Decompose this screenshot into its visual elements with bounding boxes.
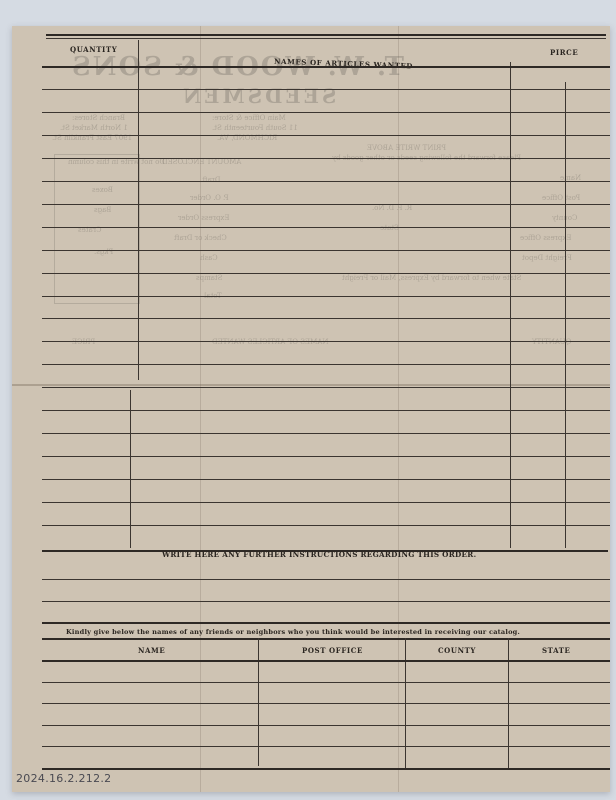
referrals-top-rule (42, 622, 610, 624)
order-table-row[interactable] (42, 387, 610, 388)
header-state: STATE (542, 646, 570, 655)
instructions-line-2[interactable] (42, 601, 610, 602)
header-quantity: QUANTITY (70, 45, 117, 54)
ghost-branch-1: 1 North Market St. (60, 124, 128, 132)
ghost-amount-enclosed: AMOUNT ENCLOSED (162, 158, 241, 166)
order-table-row[interactable] (42, 89, 610, 90)
referrals-prompt: Kindly give below the names of any frien… (66, 628, 520, 636)
vertical-fold (200, 26, 201, 792)
top-double-rule (46, 34, 606, 36)
referral-table-row[interactable] (42, 746, 610, 747)
referral-table-row[interactable] (42, 660, 610, 662)
order-table-row[interactable] (42, 112, 610, 113)
ghost-print-write: PRINT WRITE ABOVE (367, 144, 446, 152)
ghost-ship-field: Express Office (520, 234, 571, 242)
ghost-payment-row: Stamps (196, 274, 223, 282)
order-table-row[interactable] (42, 410, 610, 411)
ghost-payment-row: Express Order (178, 214, 230, 222)
order-table-row[interactable] (42, 158, 610, 159)
order-table-row[interactable] (42, 296, 610, 297)
accession-number: 2024.16.2.212.2 (16, 772, 111, 785)
order-table-row[interactable] (42, 364, 610, 365)
ghost-ship-when: State when to forward by Express, Mail o… (342, 274, 522, 282)
column-divider-quantity (138, 40, 139, 380)
ghost-tagline: SEEDSMEN (180, 84, 336, 108)
horizontal-fold (12, 384, 610, 386)
referrals-bottom-rule (42, 768, 610, 770)
referrals-header-rule (42, 638, 610, 640)
ghost-state: State (380, 224, 399, 232)
order-table-row[interactable] (42, 135, 610, 136)
order-form-paper: T. W. WOOD & SONS SEEDSMEN Branch Stores… (12, 26, 610, 792)
vertical-fold (398, 26, 399, 792)
ghost-box-label: Boxes (92, 186, 113, 194)
order-table-row[interactable] (42, 341, 610, 342)
order-table-row[interactable] (42, 433, 610, 434)
ghost-ship-field: Post Office (542, 194, 580, 202)
instructions-label: WRITE HERE ANY FURTHER INSTRUCTIONS REGA… (162, 550, 476, 559)
order-table-row[interactable] (42, 66, 610, 68)
order-table-row[interactable] (42, 318, 610, 319)
referral-table-row[interactable] (42, 703, 610, 704)
order-table-row[interactable] (42, 502, 610, 503)
referral-table-row[interactable] (42, 682, 610, 683)
instructions-line-1[interactable] (42, 579, 610, 580)
order-table-row[interactable] (42, 250, 610, 251)
header-county: COUNTY (438, 646, 476, 655)
ghost-rfd: R. F. D. No. (372, 204, 412, 212)
ghost-main-label: Main Office & Store: (212, 114, 286, 122)
ghost-do-not-write: Do not write in this column (68, 158, 165, 166)
ghost-names-of-articles: NAMES OF ARTICLES WANTED (212, 338, 329, 346)
ghost-main-1: 11 South Fourteenth St. (212, 124, 298, 132)
order-table-row[interactable] (42, 204, 610, 205)
order-table-row[interactable] (42, 479, 610, 480)
referral-table-row[interactable] (42, 725, 610, 726)
top-double-rule (46, 38, 606, 39)
header-price: PIRCE (550, 48, 578, 57)
ghost-payment-row: Check or Draft (174, 234, 227, 242)
order-table-row[interactable] (42, 227, 610, 228)
order-table-row[interactable] (42, 181, 610, 182)
order-table-row[interactable] (42, 525, 610, 526)
header-post-office: POST OFFICE (302, 646, 363, 655)
ghost-branch-label: Branch Stores: (72, 114, 125, 122)
ghost-price: PRICE (72, 338, 95, 346)
order-table-row[interactable] (42, 456, 610, 457)
ghost-payment-row: Draft (202, 176, 221, 184)
ghost-box-label: Bags (94, 206, 111, 214)
ghost-payment-row: P. O. Order (190, 194, 229, 202)
ghost-payment-row: Cash (200, 254, 218, 262)
order-table-row[interactable] (42, 273, 610, 274)
header-name: NAME (138, 646, 165, 655)
